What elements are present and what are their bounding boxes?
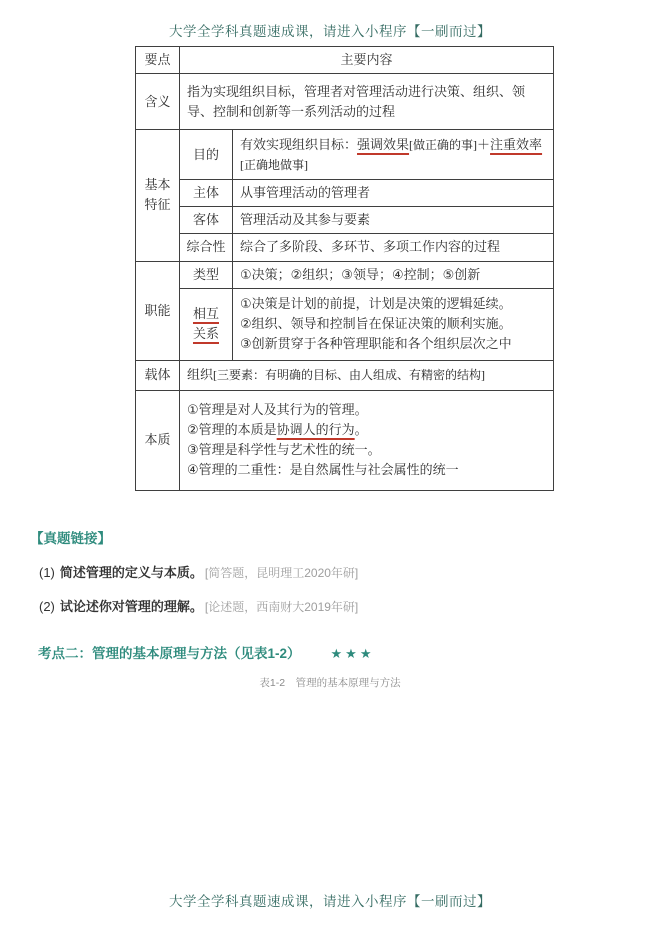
text-segment: ②管理的本质是 (187, 422, 277, 437)
table-row: 相互 关系 ①决策是计划的前提，计划是决策的逻辑延续。 ②组织、领导和控制旨在保… (136, 288, 554, 360)
table-header-row: 要点 主要内容 (136, 47, 554, 74)
text-segment: [做正确的事] (409, 138, 477, 152)
exam-links-section: 【真题链接】 (1)简述管理的定义与本质。[简答题，昆明理工2020年研] (2… (30, 527, 660, 615)
sublabel-line: 相互 (182, 304, 230, 324)
row-keti-sublabel: 客体 (180, 207, 233, 234)
row-hanyi-label: 含义 (136, 74, 180, 130)
row-jibentezheng-label: 基本 特征 (136, 130, 180, 261)
content-line: ③管理是科学性与艺术性的统一。 (187, 440, 546, 460)
text-segment: 注重效率 (490, 137, 542, 152)
row-zhineng-label: 职能 (136, 261, 180, 360)
row-leixing-content: ①决策；②组织；③领导；④控制；⑤创新 (233, 261, 554, 288)
row-zaiti-label: 载体 (136, 360, 180, 390)
col-header-maincontent: 主要内容 (180, 47, 554, 74)
row-zhuti-content: 从事管理活动的管理者 (233, 180, 554, 207)
header-watermark: 大学全学科真题速成课，请进入小程序【一刷而过】 (0, 0, 660, 40)
text-segment: ①管理是对人及其行为的管理。 (187, 402, 368, 417)
table-row: 基本 特征 目的 有效实现组织目标：强调效果[做正确的事]＋注重效率[正确地做事… (136, 130, 554, 180)
question-source: [简答题，昆明理工2020年研] (205, 566, 358, 580)
table-row: 载体 组织[三要素：有明确的目标、由人组成、有精密的结构] (136, 360, 554, 390)
sublabel-line: 关系 (182, 324, 230, 344)
row-zonghexing-content: 综合了多阶段、多环节、多项工作内容的过程 (233, 234, 554, 261)
summary-table: 要点 主要内容 含义 指为实现组织目标，管理者对管理活动进行决策、组织、领导、控… (135, 46, 554, 491)
text-segment: 。 (355, 422, 368, 437)
row-zhuti-sublabel: 主体 (180, 180, 233, 207)
content-line: ②组织、领导和控制旨在保证决策的顺利实施。 (240, 314, 546, 334)
text-segment: ②组织、领导和控制旨在保证决策的顺利实施。 (240, 316, 512, 331)
section2-heading: 考点二：管理的基本原理与方法（见表1-2）★★★ (38, 642, 660, 662)
section2-title: 考点二：管理的基本原理与方法（见表1-2） (38, 646, 301, 661)
table-row: 职能 类型 ①决策；②组织；③领导；④控制；⑤创新 (136, 261, 554, 288)
content-line: ③创新贯穿于各种管理职能和各个组织层次之中 (240, 334, 546, 354)
exam-link-item: (1)简述管理的定义与本质。[简答题，昆明理工2020年研] (39, 562, 660, 581)
item-number: (1) (39, 565, 55, 580)
text-segment: 管理活动及其参与要素 (240, 212, 370, 227)
table-row: 含义 指为实现组织目标，管理者对管理活动进行决策、组织、领导、控制和创新等一系列… (136, 74, 554, 130)
footer-watermark: 大学全学科真题速成课，请进入小程序【一刷而过】 (0, 890, 660, 910)
table-row: 主体 从事管理活动的管理者 (136, 180, 554, 207)
text-segment: ③创新贯穿于各种管理职能和各个组织层次之中 (240, 336, 512, 351)
text-segment: 组织 (187, 367, 213, 382)
text-segment: 综合了多阶段、多环节、多项工作内容的过程 (240, 239, 500, 254)
label-line: 特征 (138, 195, 177, 215)
rating-stars: ★★★ (331, 646, 375, 661)
text-segment: [三要素：有明确的目标、由人组成、有精密的结构] (213, 368, 485, 382)
table-row: 综合性 综合了多阶段、多环节、多项工作内容的过程 (136, 234, 554, 261)
item-number: (2) (39, 599, 55, 614)
content-line: ①决策是计划的前提，计划是决策的逻辑延续。 (240, 294, 546, 314)
col-header-keypoint: 要点 (136, 47, 180, 74)
table2-caption: 表1-2 管理的基本原理与方法 (0, 675, 660, 690)
text-segment: [正确地做事] (240, 158, 308, 172)
exam-links-title: 【真题链接】 (30, 527, 660, 547)
row-xianghuguanxi-sublabel: 相互 关系 (180, 288, 233, 360)
question-source: [论述题，西南财大2019年研] (205, 600, 358, 614)
text-segment: ①决策是计划的前提，计划是决策的逻辑延续。 (240, 296, 512, 311)
row-xianghuguanxi-content: ①决策是计划的前提，计划是决策的逻辑延续。 ②组织、领导和控制旨在保证决策的顺利… (233, 288, 554, 360)
content-line: ④管理的二重性：是自然属性与社会属性的统一 (187, 460, 546, 480)
row-zaiti-content: 组织[三要素：有明确的目标、由人组成、有精密的结构] (180, 360, 554, 390)
row-benzhi-content: ①管理是对人及其行为的管理。 ②管理的本质是协调人的行为。 ③管理是科学性与艺术… (180, 390, 554, 490)
text-segment: 有效实现组织目标： (240, 137, 357, 152)
text-segment: ④管理的二重性：是自然属性与社会属性的统一 (187, 462, 459, 477)
table-row: 客体 管理活动及其参与要素 (136, 207, 554, 234)
text-segment: ＋ (477, 137, 490, 152)
row-zonghexing-sublabel: 综合性 (180, 234, 233, 261)
row-leixing-sublabel: 类型 (180, 261, 233, 288)
text-segment: 指为实现组织目标，管理者对管理活动进行决策、组织、领导、控制和创新等一系列活动的… (187, 84, 525, 119)
row-mudi-sublabel: 目的 (180, 130, 233, 180)
row-benzhi-label: 本质 (136, 390, 180, 490)
row-hanyi-content: 指为实现组织目标，管理者对管理活动进行决策、组织、领导、控制和创新等一系列活动的… (180, 74, 554, 130)
content-line: ①管理是对人及其行为的管理。 (187, 400, 546, 420)
row-mudi-content: 有效实现组织目标：强调效果[做正确的事]＋注重效率[正确地做事] (233, 130, 554, 180)
question-text: 试论述你对管理的理解。 (60, 599, 203, 614)
text-segment: 协调人的行为 (277, 422, 355, 437)
content-line: ②管理的本质是协调人的行为。 (187, 420, 546, 440)
text-segment: ③管理是科学性与艺术性的统一。 (187, 442, 381, 457)
table-row: 本质 ①管理是对人及其行为的管理。 ②管理的本质是协调人的行为。 ③管理是科学性… (136, 390, 554, 490)
row-keti-content: 管理活动及其参与要素 (233, 207, 554, 234)
label-line: 基本 (138, 175, 177, 195)
question-text: 简述管理的定义与本质。 (60, 565, 203, 580)
text-segment: ①决策；②组织；③领导；④控制；⑤创新 (240, 267, 480, 282)
text-segment: 强调效果 (357, 137, 409, 152)
text-segment: 从事管理活动的管理者 (240, 185, 370, 200)
exam-link-item: (2)试论述你对管理的理解。[论述题，西南财大2019年研] (39, 596, 660, 615)
